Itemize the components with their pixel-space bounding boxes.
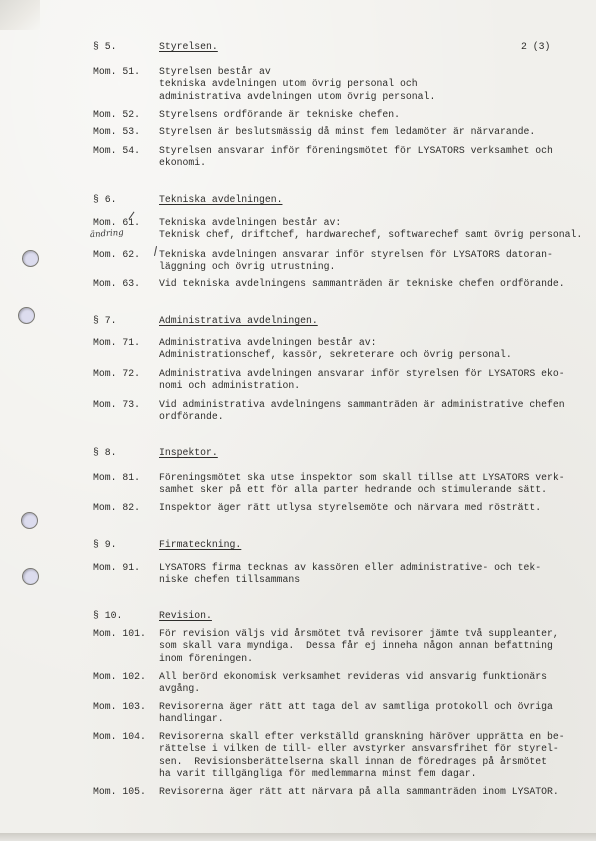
moment-label: Mom. 102. bbox=[93, 671, 146, 683]
moment-label: Mom. 53. bbox=[93, 126, 140, 138]
moment-text-line: ordförande. bbox=[159, 411, 224, 423]
moment-text-line: niske chefen tillsammans bbox=[159, 574, 300, 586]
section-number: § 9. bbox=[93, 539, 117, 551]
moment-label: Mom. 52. bbox=[93, 109, 140, 121]
moment-label: Mom. 104. bbox=[93, 731, 146, 743]
document-body: 2 (3) ändring § 5.Styrelsen.Mom. 51.Styr… bbox=[0, 0, 596, 841]
moment-label: Mom. 103. bbox=[93, 701, 146, 713]
moment-text-line: som skall vara myndiga. Dessa får ej inn… bbox=[159, 640, 553, 652]
moment-text-line: nomi och administration. bbox=[159, 380, 300, 392]
moment-label: Mom. 81. bbox=[93, 472, 140, 484]
moment-text-line: ekonomi. bbox=[159, 157, 206, 169]
section-title: Inspektor. bbox=[159, 447, 218, 459]
section-number: § 7. bbox=[93, 315, 117, 327]
moment-label: Mom. 51. bbox=[93, 66, 140, 78]
moment-text-line: Styrelsen är beslutsmässig då minst fem … bbox=[159, 126, 535, 138]
moment-text-line: rättelse i vilken de till- eller avstyrk… bbox=[159, 743, 559, 755]
moment-text-line: Revisorerna äger rätt att taga del av sa… bbox=[159, 701, 553, 713]
moment-text-line: Styrelsens ordförande är tekniske chefen… bbox=[159, 109, 400, 121]
section-title: Administrativa avdelningen. bbox=[159, 315, 318, 327]
moment-text-line: Revisorerna äger rätt att närvara på all… bbox=[159, 786, 559, 798]
section-title: Firmateckning. bbox=[159, 539, 241, 551]
moment-text-line: ha varit tillgängliga för medlemmarna mi… bbox=[159, 768, 476, 780]
section-number: § 6. bbox=[93, 194, 117, 206]
moment-text-line: Vid tekniska avdelningens sammanträden ä… bbox=[159, 278, 565, 290]
section-title: Revision. bbox=[159, 610, 212, 622]
moment-text-line: sen. Revisionsberättelserna skall innan … bbox=[159, 756, 547, 768]
moment-label: Mom. 62. bbox=[93, 249, 140, 261]
moment-text-line: samhet sker på ett för alla parter hedra… bbox=[159, 484, 547, 496]
moment-text-line: Inspektor äger rätt utlysa styrelsemöte … bbox=[159, 502, 541, 514]
moment-text-line: Administrativa avdelningen ansvarar infö… bbox=[159, 368, 565, 380]
moment-text-line: LYSATORS firma tecknas av kassören eller… bbox=[159, 562, 541, 574]
moment-text-line: handlingar. bbox=[159, 713, 224, 725]
moment-label: Mom. 91. bbox=[93, 562, 140, 574]
moment-text-line: Tekniska avdelningen består av: bbox=[159, 217, 341, 229]
moment-label: Mom. 82. bbox=[93, 502, 140, 514]
moment-text-line: Administrationschef, kassör, sekreterare… bbox=[159, 349, 512, 361]
moment-text-line: Vid administrativa avdelningens sammantr… bbox=[159, 399, 565, 411]
section-title: Tekniska avdelningen. bbox=[159, 194, 282, 206]
moment-label: Mom. 71. bbox=[93, 337, 140, 349]
section-number: § 5. bbox=[93, 41, 117, 53]
moment-text-line: Styrelsen ansvarar inför föreningsmötet … bbox=[159, 145, 553, 157]
moment-text-line: Revisorerna skall efter verkställd grans… bbox=[159, 731, 565, 743]
section-title: Styrelsen. bbox=[159, 41, 218, 53]
moment-label: Mom. 63. bbox=[93, 278, 140, 290]
moment-label: Mom. 72. bbox=[93, 368, 140, 380]
moment-text-line: För revision väljs vid årsmötet två revi… bbox=[159, 628, 559, 640]
handwritten-note: ändring bbox=[90, 228, 124, 240]
moment-text-line: Föreningsmötet ska utse inspektor som sk… bbox=[159, 472, 565, 484]
moment-text-line: Tekniska avdelningen ansvarar inför styr… bbox=[159, 249, 553, 261]
moment-label: Mom. 73. bbox=[93, 399, 140, 411]
moment-label: Mom. 61. bbox=[93, 217, 140, 229]
handwritten-mark bbox=[154, 246, 157, 256]
page-number: 2 (3) bbox=[521, 41, 550, 53]
section-number: § 10. bbox=[93, 610, 122, 622]
moment-text-line: avgång. bbox=[159, 683, 200, 695]
section-number: § 8. bbox=[93, 447, 117, 459]
moment-text-line: Teknisk chef, driftchef, hardwarechef, s… bbox=[159, 229, 582, 241]
moment-text-line: inom föreningen. bbox=[159, 653, 253, 665]
moment-label: Mom. 105. bbox=[93, 786, 146, 798]
moment-label: Mom. 101. bbox=[93, 628, 146, 640]
moment-text-line: läggning och övrig utrustning. bbox=[159, 261, 335, 273]
moment-text-line: Styrelsen består av bbox=[159, 66, 271, 78]
moment-text-line: administrativa avdelningen utom övrig pe… bbox=[159, 91, 435, 103]
moment-text-line: All berörd ekonomisk verksamhet revidera… bbox=[159, 671, 547, 683]
moment-text-line: tekniska avdelningen utom övrig personal… bbox=[159, 78, 418, 90]
moment-text-line: Administrativa avdelningen består av: bbox=[159, 337, 377, 349]
moment-label: Mom. 54. bbox=[93, 145, 140, 157]
